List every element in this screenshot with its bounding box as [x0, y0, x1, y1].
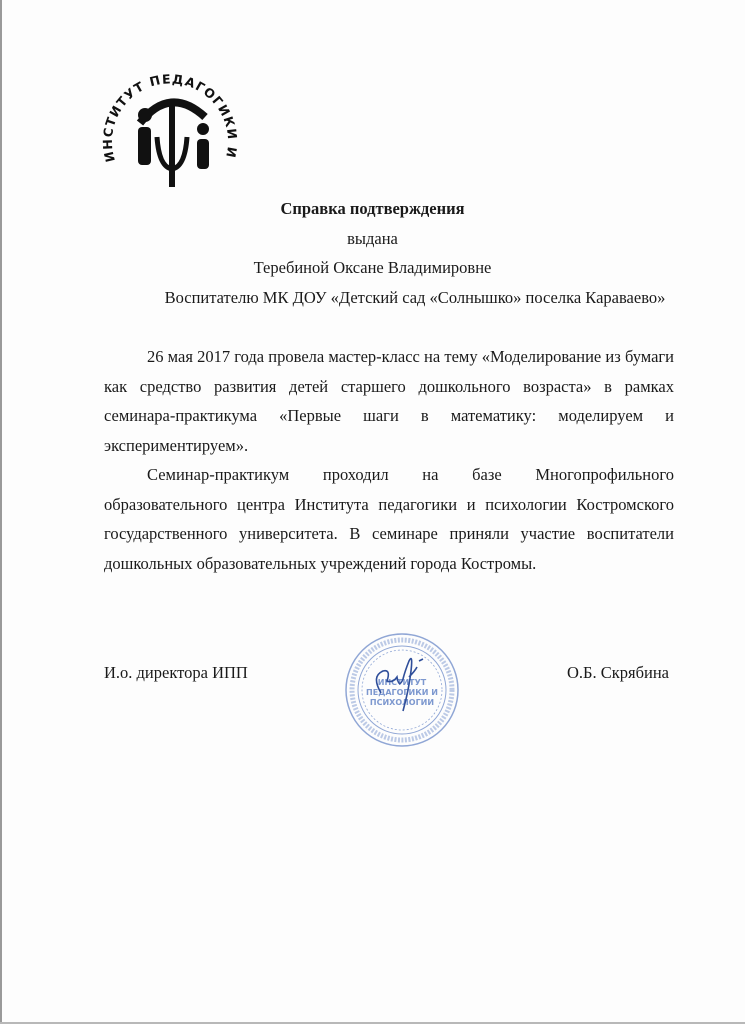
recipient-position: Воспитателю МК ДОУ «Детский сад «Солнышк… — [0, 288, 745, 308]
recipient-name: Теребиной Оксане Владимировне — [0, 258, 745, 278]
official-stamp-icon: ИНСТИТУТ ПЕДАГОГИКИ И ПСИХОЛОГИИ — [343, 631, 461, 749]
body-paragraph-2: Семинар-практикум проходил на базе Много… — [104, 460, 674, 578]
signatory-role: И.о. директора ИПП — [104, 663, 248, 683]
paper-edge-left — [0, 0, 2, 1024]
document-title: Справка подтверждения — [0, 199, 745, 219]
signatory-name: О.Б. Скрябина — [567, 663, 669, 683]
institute-logo-icon: ИНСТИТУТ ПЕДАГОГИКИ И ПСИХОЛОГИИ — [95, 55, 245, 200]
body-paragraph-1: 26 мая 2017 года провела мастер-класс на… — [104, 342, 674, 460]
issued-label: выдана — [0, 229, 745, 249]
stamp-line-3: ПСИХОЛОГИИ — [370, 698, 434, 707]
stamp-line-2: ПЕДАГОГИКИ И — [366, 688, 438, 697]
svg-text:ИНСТИТУТ ПЕДАГОГИКИ И ПСИХОЛОГ: ИНСТИТУТ ПЕДАГОГИКИ И ПСИХОЛОГИИ — [95, 55, 240, 167]
